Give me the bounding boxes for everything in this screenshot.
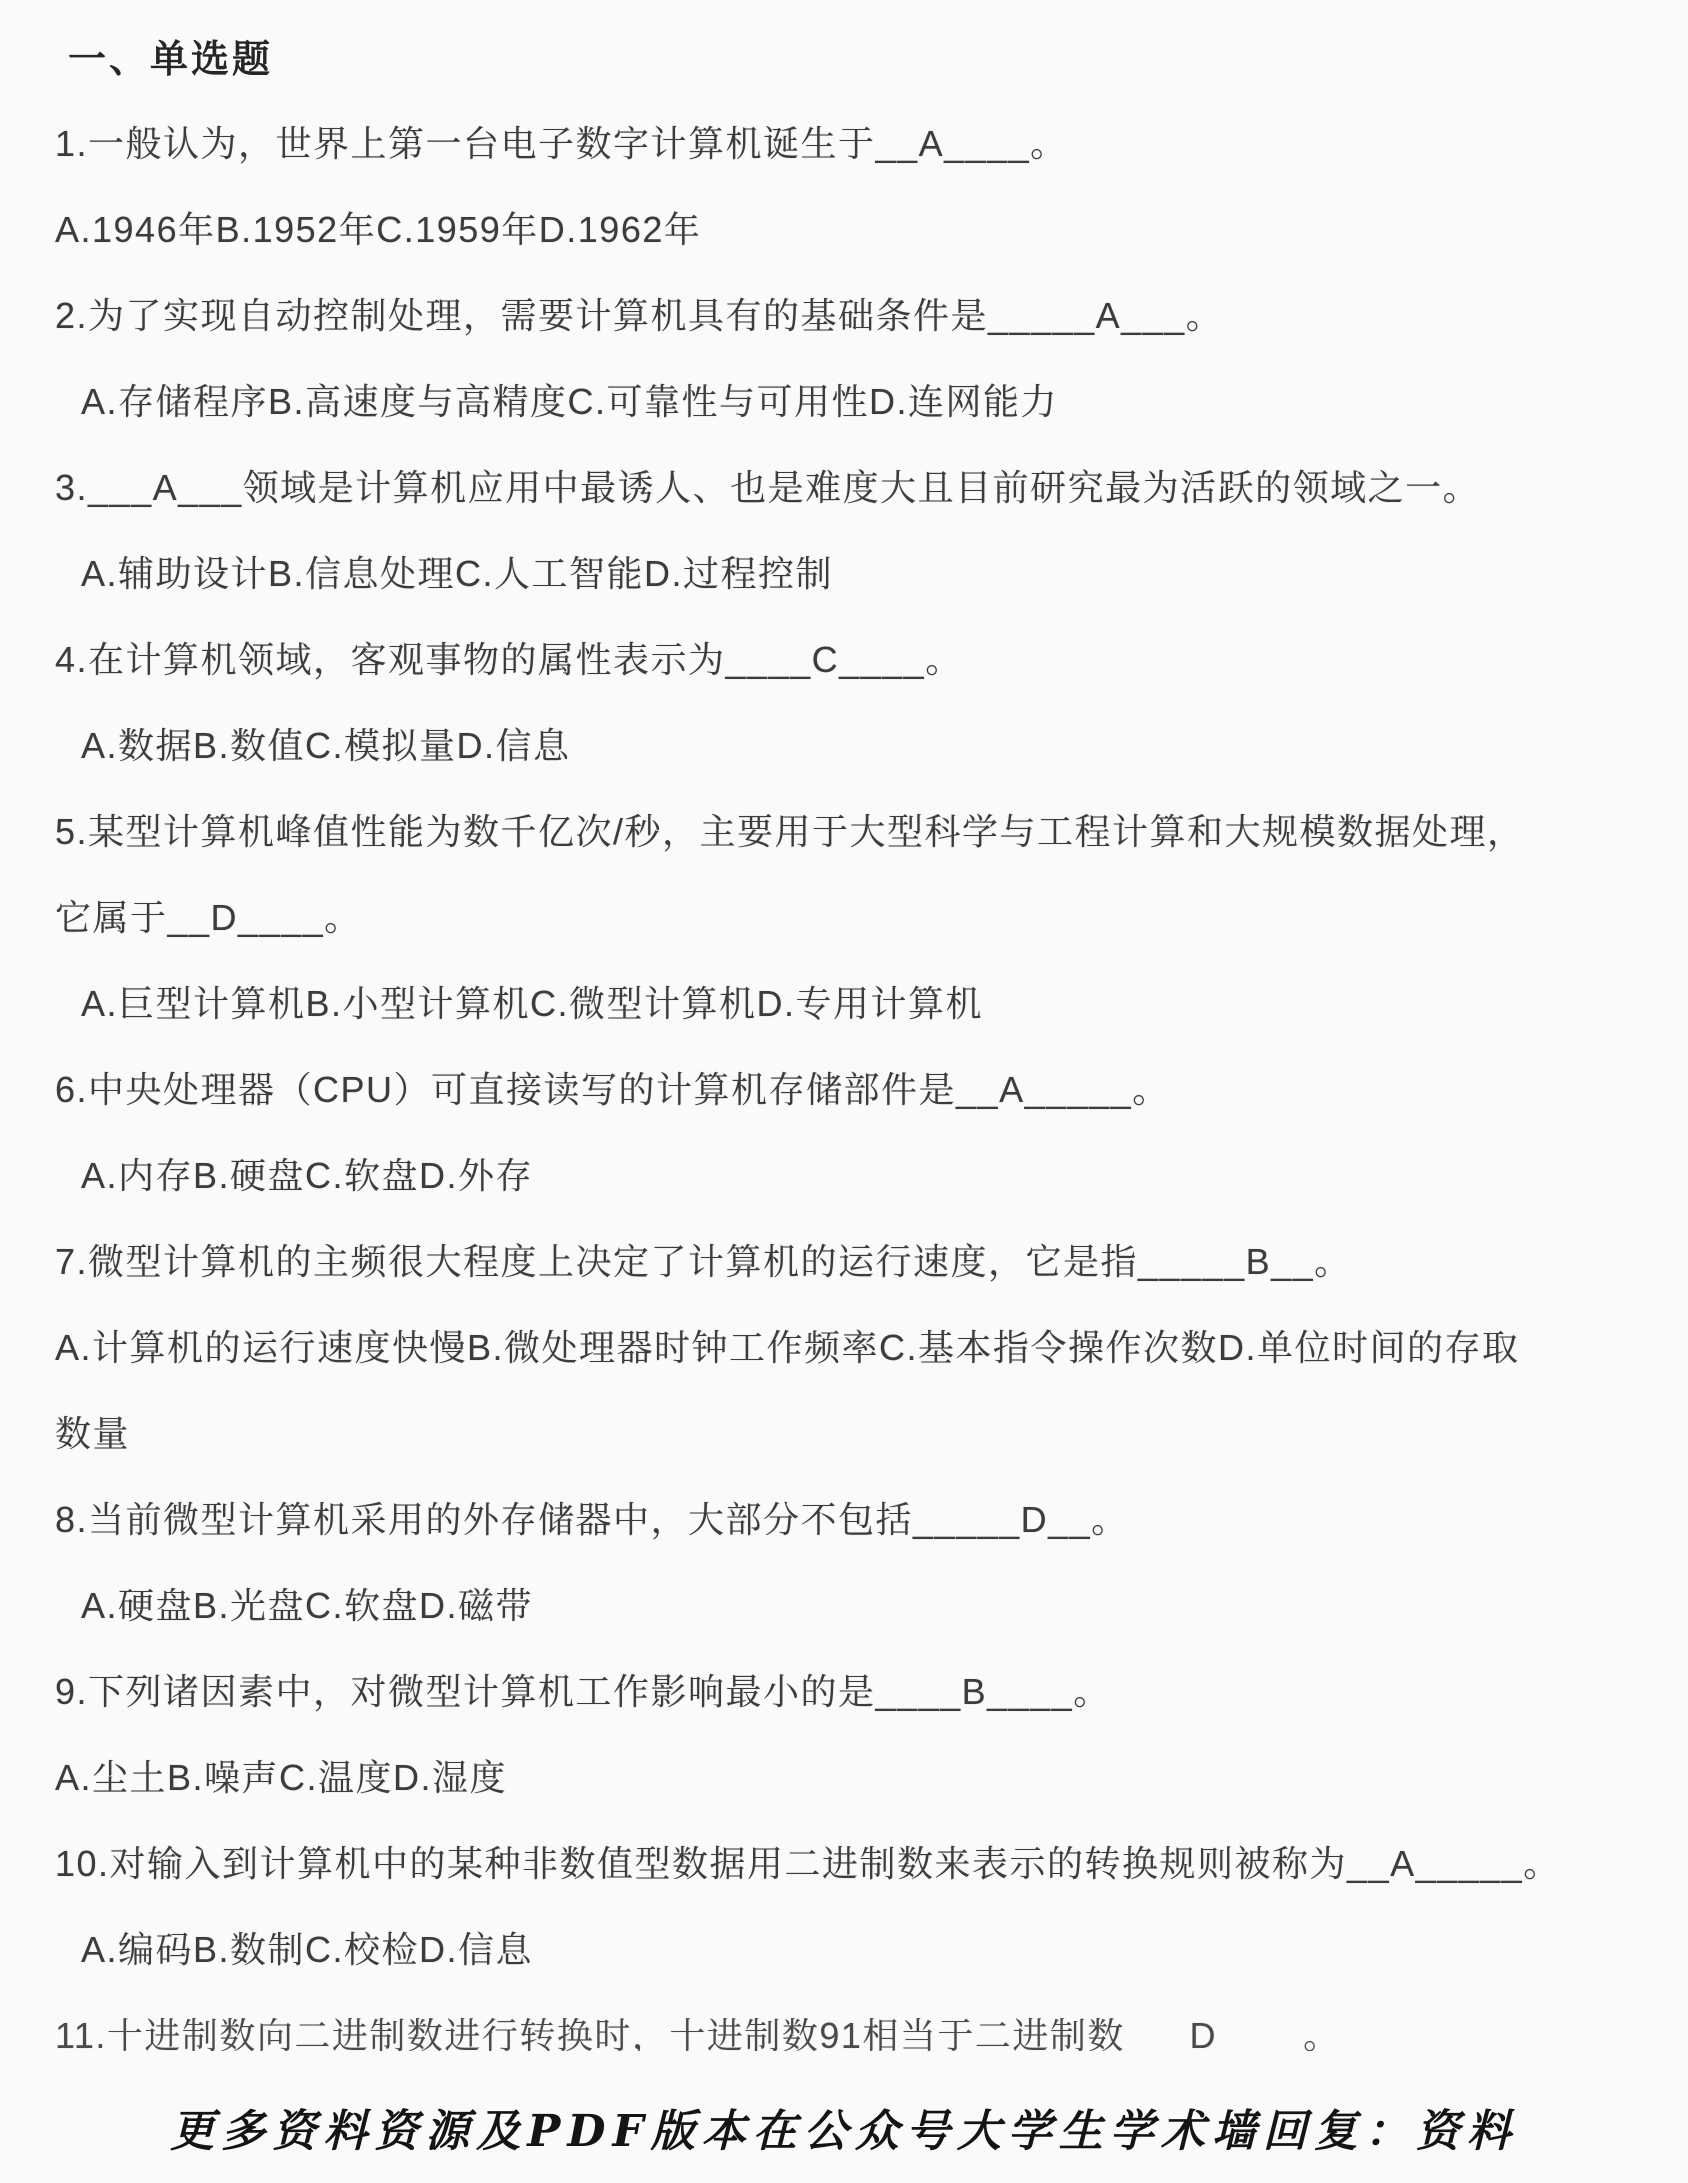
exam-page: 一、单选题 1.一般认为，世界上第一台电子数字计算机诞生于__A____。 A.… — [55, 38, 1643, 2051]
question-4: 4.在计算机领域，客观事物的属性表示为____C____。 A.数据B.数值C.… — [55, 642, 1643, 764]
question-11-text: 11.十进制数向二进制数进行转换时，十进制数91相当于二进制数___D____。 — [55, 2018, 1643, 2051]
question-9-options: A.尘土B.噪声C.温度D.湿度 — [55, 1760, 1643, 1796]
question-5-options: A.巨型计算机B.小型计算机C.微型计算机D.专用计算机 — [81, 986, 1643, 1022]
question-9-text: 9.下列诸因素中，对微型计算机工作影响最小的是____B____。 — [55, 1674, 1643, 1710]
question-4-options: A.数据B.数值C.模拟量D.信息 — [81, 728, 1643, 764]
question-1: 1.一般认为，世界上第一台电子数字计算机诞生于__A____。 A.1946年B… — [55, 126, 1643, 248]
question-7-options-line-2: 数量 — [55, 1416, 1643, 1452]
question-1-text: 1.一般认为，世界上第一台电子数字计算机诞生于__A____。 — [55, 126, 1643, 162]
question-3: 3.___A___领域是计算机应用中最诱人、也是难度大且目前研究最为活跃的领域之… — [55, 470, 1643, 592]
question-10-text: 10.对输入到计算机中的某种非数值型数据用二进制数来表示的转换规则被称为__A_… — [55, 1846, 1643, 1882]
question-5-text-line-2: 它属于__D____。 — [55, 900, 1643, 936]
question-9: 9.下列诸因素中，对微型计算机工作影响最小的是____B____。 A.尘土B.… — [55, 1674, 1643, 1796]
question-6: 6.中央处理器（CPU）可直接读写的计算机存储部件是__A_____。 A.内存… — [55, 1072, 1643, 1194]
question-7-options-line-1: A.计算机的运行速度快慢B.微处理器时钟工作频率C.基本指令操作次数D.单位时间… — [55, 1330, 1643, 1366]
question-7: 7.微型计算机的主频很大程度上决定了计算机的运行速度，它是指_____B__。 … — [55, 1244, 1643, 1452]
question-2-text: 2.为了实现自动控制处理，需要计算机具有的基础条件是_____A___。 — [55, 298, 1643, 334]
question-8-options: A.硬盘B.光盘C.软盘D.磁带 — [81, 1588, 1643, 1624]
question-6-options: A.内存B.硬盘C.软盘D.外存 — [81, 1158, 1643, 1194]
question-5: 5.某型计算机峰值性能为数千亿次/秒，主要用于大型科学与工程计算和大规模数据处理… — [55, 814, 1643, 1022]
question-10-options: A.编码B.数制C.校检D.信息 — [81, 1932, 1643, 1968]
question-6-text: 6.中央处理器（CPU）可直接读写的计算机存储部件是__A_____。 — [55, 1072, 1643, 1108]
section-heading: 一、单选题 — [68, 38, 1643, 82]
question-10: 10.对输入到计算机中的某种非数值型数据用二进制数来表示的转换规则被称为__A_… — [55, 1846, 1643, 1968]
question-2: 2.为了实现自动控制处理，需要计算机具有的基础条件是_____A___。 A.存… — [55, 298, 1643, 420]
question-3-text: 3.___A___领域是计算机应用中最诱人、也是难度大且目前研究最为活跃的领域之… — [55, 470, 1643, 506]
question-8: 8.当前微型计算机采用的外存储器中，大部分不包括_____D__。 A.硬盘B.… — [55, 1502, 1643, 1624]
question-8-text: 8.当前微型计算机采用的外存储器中，大部分不包括_____D__。 — [55, 1502, 1643, 1538]
question-11: 11.十进制数向二进制数进行转换时，十进制数91相当于二进制数___D____。 — [55, 2018, 1643, 2051]
question-7-text: 7.微型计算机的主频很大程度上决定了计算机的运行速度，它是指_____B__。 — [55, 1244, 1643, 1280]
question-1-options: A.1946年B.1952年C.1959年D.1962年 — [55, 212, 1643, 248]
question-5-text-line-1: 5.某型计算机峰值性能为数千亿次/秒，主要用于大型科学与工程计算和大规模数据处理… — [55, 814, 1643, 850]
question-3-options: A.辅助设计B.信息处理C.人工智能D.过程控制 — [81, 556, 1643, 592]
question-2-options: A.存储程序B.高速度与高精度C.可靠性与可用性D.连网能力 — [81, 384, 1643, 420]
question-4-text: 4.在计算机领域，客观事物的属性表示为____C____。 — [55, 642, 1643, 678]
footer-promo: 更多资料资源及PDF版本在公众号大学生学术墙回复：资料 — [0, 2106, 1688, 2158]
